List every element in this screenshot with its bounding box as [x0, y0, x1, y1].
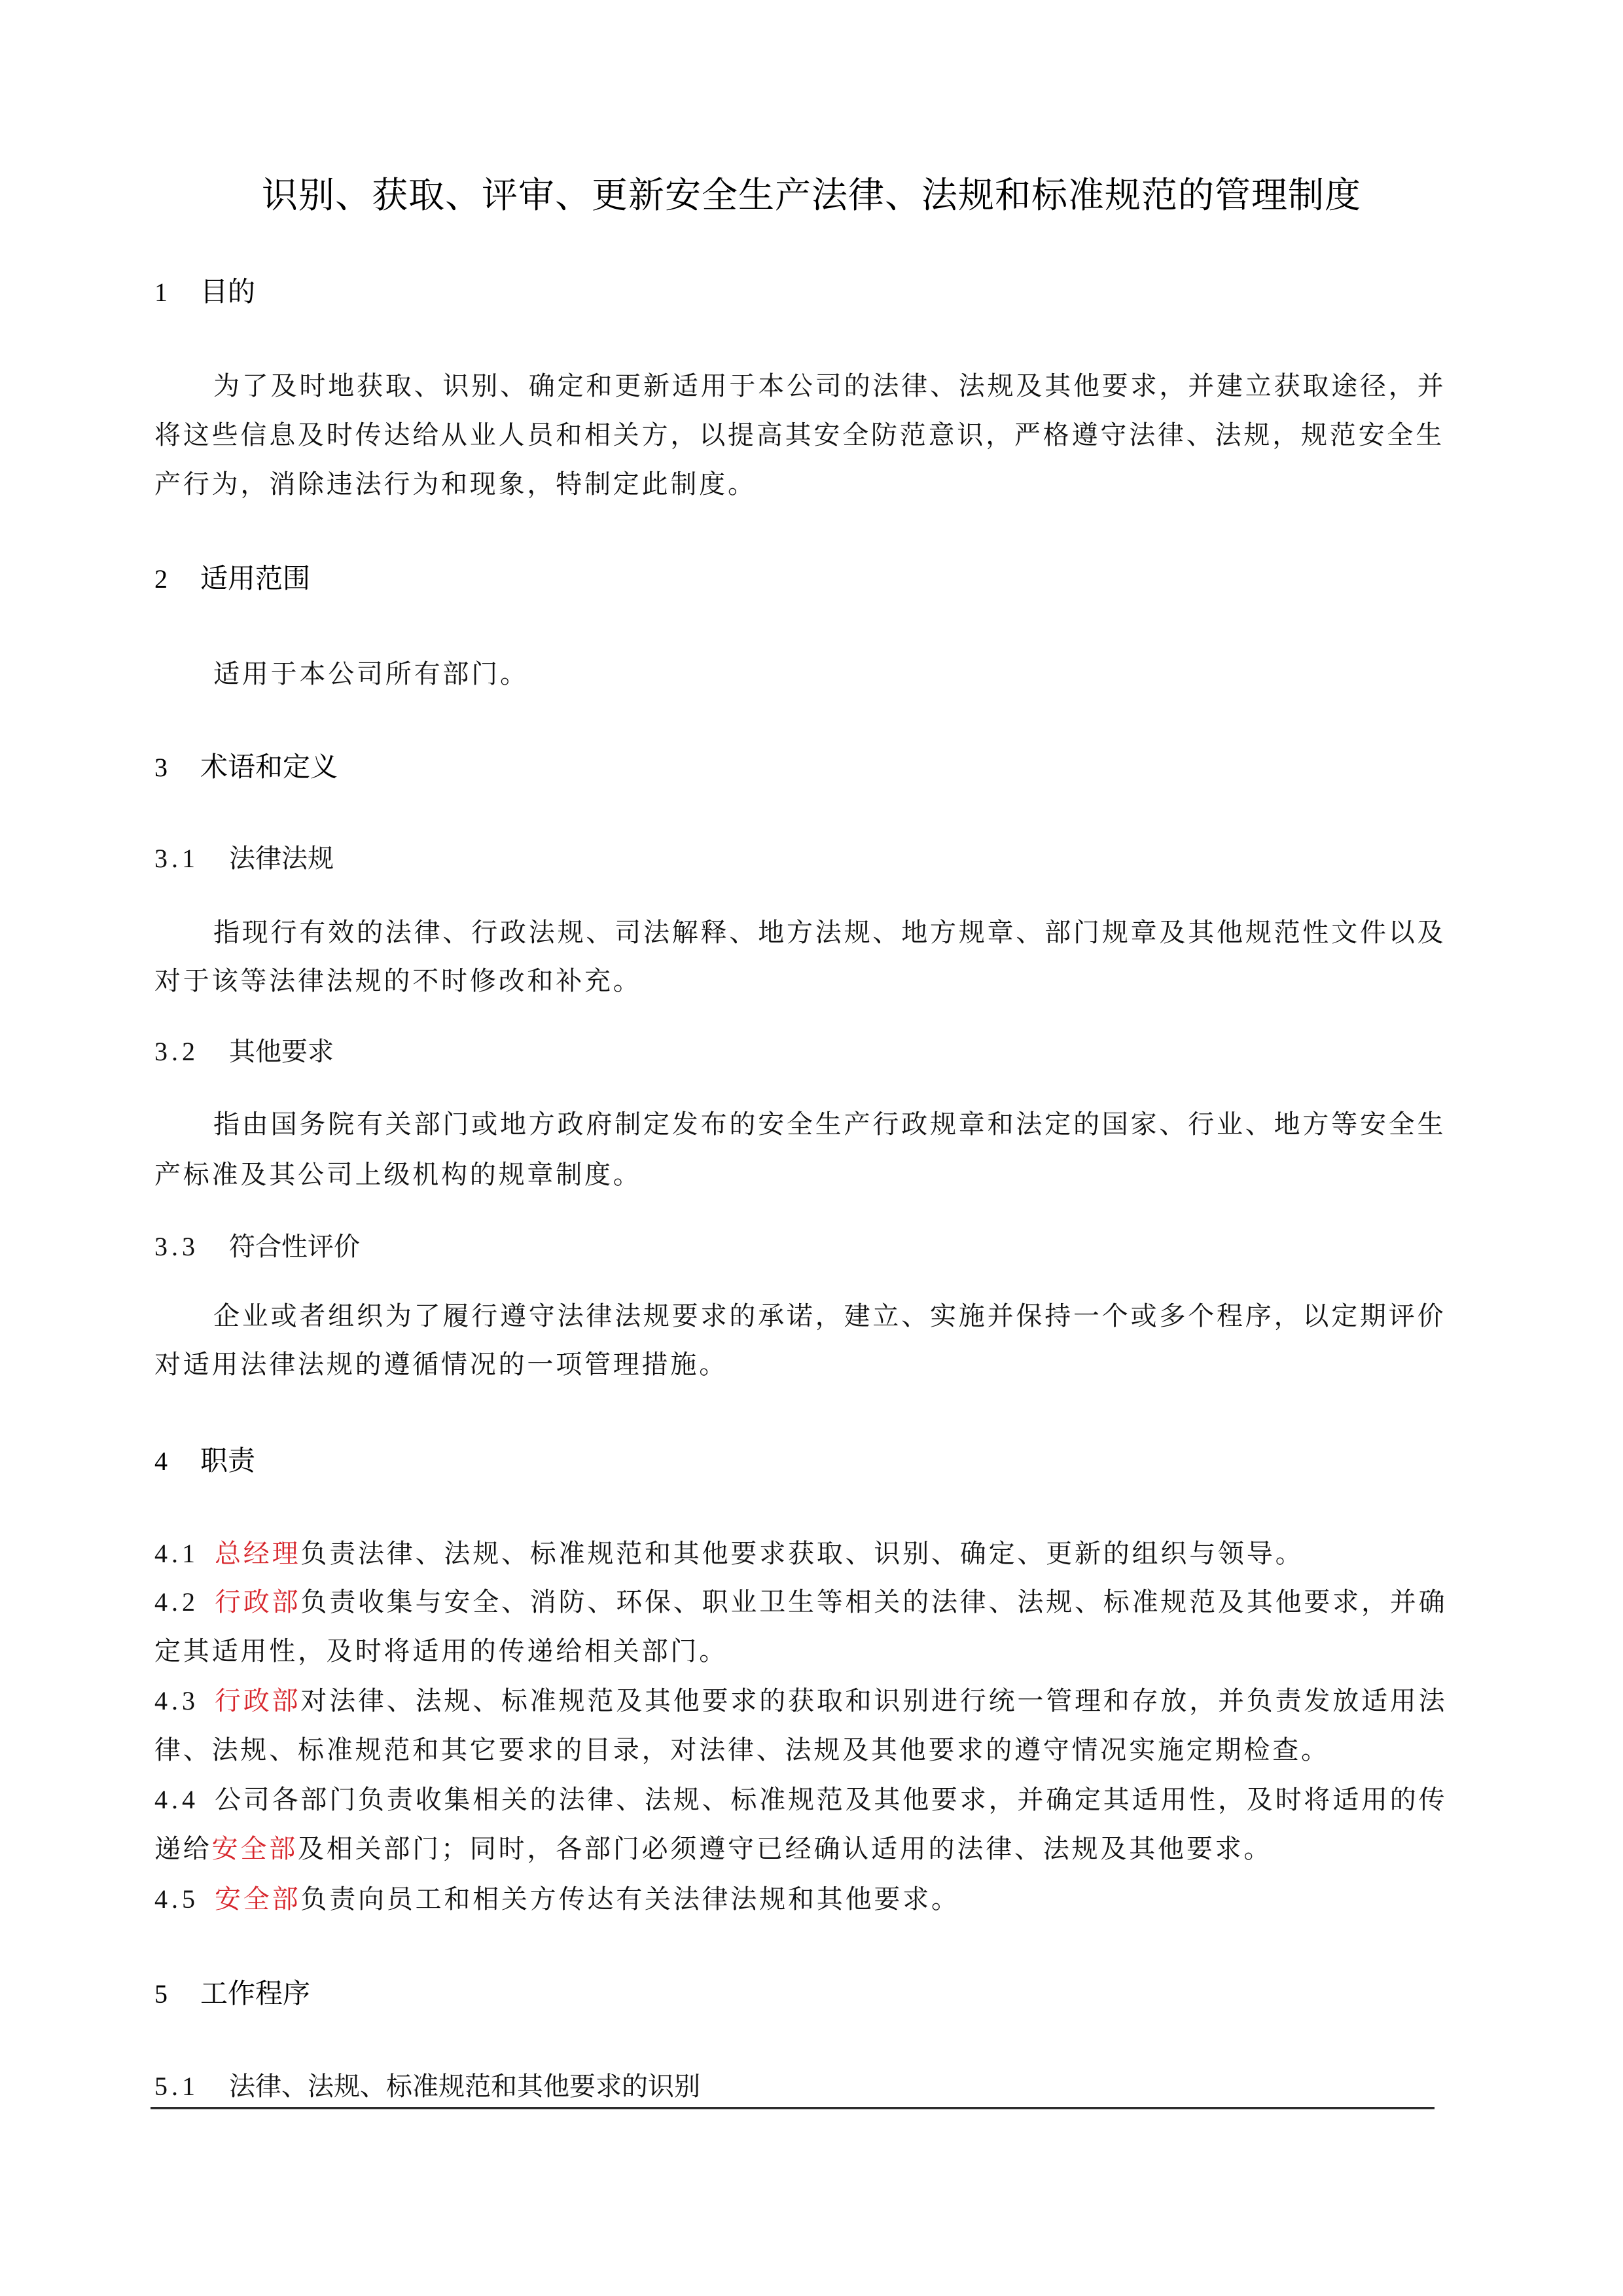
item-number: 4.4	[154, 1780, 215, 1820]
paragraph-line: 企业或者组织为了履行遵守法律法规要求的承诺，建立、实施并保持一个或多个程序，以定…	[154, 1297, 1431, 1336]
responsibility-item-4-1: 4.1总经理负责法律、法规、标准规范和其他要求获取、识别、确定、更新的组织与领导…	[154, 1534, 1431, 1573]
subsection-5-1-heading: 5.1法律、法规、标准规范和其他要求的识别	[154, 2067, 1431, 2106]
paragraph-line: 将这些信息及时传达给从业人员和相关方，以提高其安全防范意识，严格遵守法律、法规，…	[154, 416, 1431, 455]
subsection-number: 3.2	[154, 1032, 229, 1071]
subsection-title: 法律、法规、标准规范和其他要求的识别	[229, 2072, 700, 2102]
section-5-heading: 5工作程序	[154, 1974, 1431, 2013]
section-3-heading: 3术语和定义	[154, 747, 1431, 787]
item-number: 4.2	[154, 1583, 215, 1622]
item-text: 负责法律、法规、标准规范和其他要求获取、识别、确定、更新的组织与领导。	[300, 1539, 1304, 1569]
item-continuation-line: 律、法规、标准规范和其它要求的目录，对法律、法规及其他要求的遵守情况实施定期检查…	[154, 1731, 1431, 1770]
section-2-heading: 2适用范围	[154, 559, 1431, 598]
section-title: 适用范围	[200, 562, 310, 594]
role-highlight: 安全部	[212, 1834, 298, 1864]
item-continuation-line: 定其适用性，及时将适用的传递给相关部门。	[154, 1632, 1431, 1671]
subsection-3-3-heading: 3.3符合性评价	[154, 1227, 1431, 1266]
item-text: 公司各部门负责收集相关的法律、法规、标准规范及其他要求，并确定其适用性，及时将适…	[215, 1785, 1447, 1815]
subsection-number: 3.1	[154, 839, 229, 878]
item-continuation-line: 递给安全部及相关部门；同时，各部门必须遵守已经确认适用的法律、法规及其他要求。	[154, 1829, 1431, 1869]
role-highlight: 安全部	[215, 1884, 300, 1914]
subsection-title: 法律法规	[229, 844, 334, 874]
role-highlight: 行政部	[215, 1686, 300, 1716]
section-1-heading: 1目的	[154, 272, 1431, 312]
paragraph-line: 对于该等法律法规的不时修改和补充。	[154, 961, 1431, 1001]
item-text: 及相关部门；同时，各部门必须遵守已经确认适用的法律、法规及其他要求。	[298, 1834, 1272, 1864]
responsibility-item-4-2: 4.2行政部负责收集与安全、消防、环保、职业卫生等相关的法律、法规、标准规范及其…	[154, 1583, 1431, 1622]
document-title: 识别、获取、评审、更新安全生产法律、法规和标准规范的管理制度	[0, 171, 1623, 219]
item-number: 4.1	[154, 1534, 215, 1573]
paragraph-line: 为了及时地获取、识别、确定和更新适用于本公司的法律、法规及其他要求，并建立获取途…	[154, 367, 1431, 406]
item-text: 递给	[154, 1834, 212, 1864]
subsection-title: 其他要求	[229, 1037, 334, 1067]
subsection-number: 3.3	[154, 1227, 229, 1266]
section-title: 术语和定义	[200, 751, 338, 783]
section-number: 5	[154, 1975, 200, 2014]
item-text: 负责收集与安全、消防、环保、职业卫生等相关的法律、法规、标准规范及其他要求，并确	[300, 1587, 1447, 1617]
section-number: 3	[154, 748, 200, 787]
section-number: 1	[154, 273, 200, 312]
item-text: 负责向员工和相关方传达有关法律法规和其他要求。	[300, 1884, 959, 1914]
paragraph-line: 产标准及其公司上级机构的规章制度。	[154, 1155, 1431, 1194]
section-number: 2	[154, 560, 200, 599]
responsibility-item-4-5: 4.5安全部负责向员工和相关方传达有关法律法规和其他要求。	[154, 1880, 1431, 1919]
section-title: 工作程序	[200, 1977, 310, 2009]
section-title: 目的	[200, 276, 255, 308]
section-4-heading: 4职责	[154, 1441, 1431, 1480]
section-title: 职责	[200, 1444, 255, 1477]
item-number: 4.3	[154, 1681, 215, 1721]
footer-divider	[151, 2107, 1435, 2109]
paragraph-line: 产行为，消除违法行为和现象，特制定此制度。	[154, 465, 1431, 504]
subsection-3-2-heading: 3.2其他要求	[154, 1032, 1431, 1071]
item-number: 4.5	[154, 1880, 215, 1919]
section-number: 4	[154, 1442, 200, 1481]
responsibility-item-4-4: 4.4公司各部门负责收集相关的法律、法规、标准规范及其他要求，并确定其适用性，及…	[154, 1780, 1431, 1820]
role-highlight: 总经理	[215, 1539, 300, 1569]
subsection-number: 5.1	[154, 2067, 229, 2106]
paragraph-line: 指由国务院有关部门或地方政府制定发布的安全生产行政规章和法定的国家、行业、地方等…	[154, 1105, 1431, 1144]
paragraph-line: 适用于本公司所有部门。	[154, 655, 1431, 694]
paragraph-line: 指现行有效的法律、行政法规、司法解释、地方法规、地方规章、部门规章及其他规范性文…	[154, 913, 1431, 952]
document-page: 识别、获取、评审、更新安全生产法律、法规和标准规范的管理制度 1目的 为了及时地…	[0, 0, 1623, 2296]
role-highlight: 行政部	[215, 1587, 300, 1617]
paragraph-line: 对适用法律法规的遵循情况的一项管理措施。	[154, 1345, 1431, 1384]
responsibility-item-4-3: 4.3行政部对法律、法规、标准规范及其他要求的获取和识别进行统一管理和存放，并负…	[154, 1681, 1431, 1721]
item-text: 对法律、法规、标准规范及其他要求的获取和识别进行统一管理和存放，并负责发放适用法	[300, 1686, 1447, 1716]
subsection-title: 符合性评价	[229, 1232, 360, 1262]
subsection-3-1-heading: 3.1法律法规	[154, 839, 1431, 878]
